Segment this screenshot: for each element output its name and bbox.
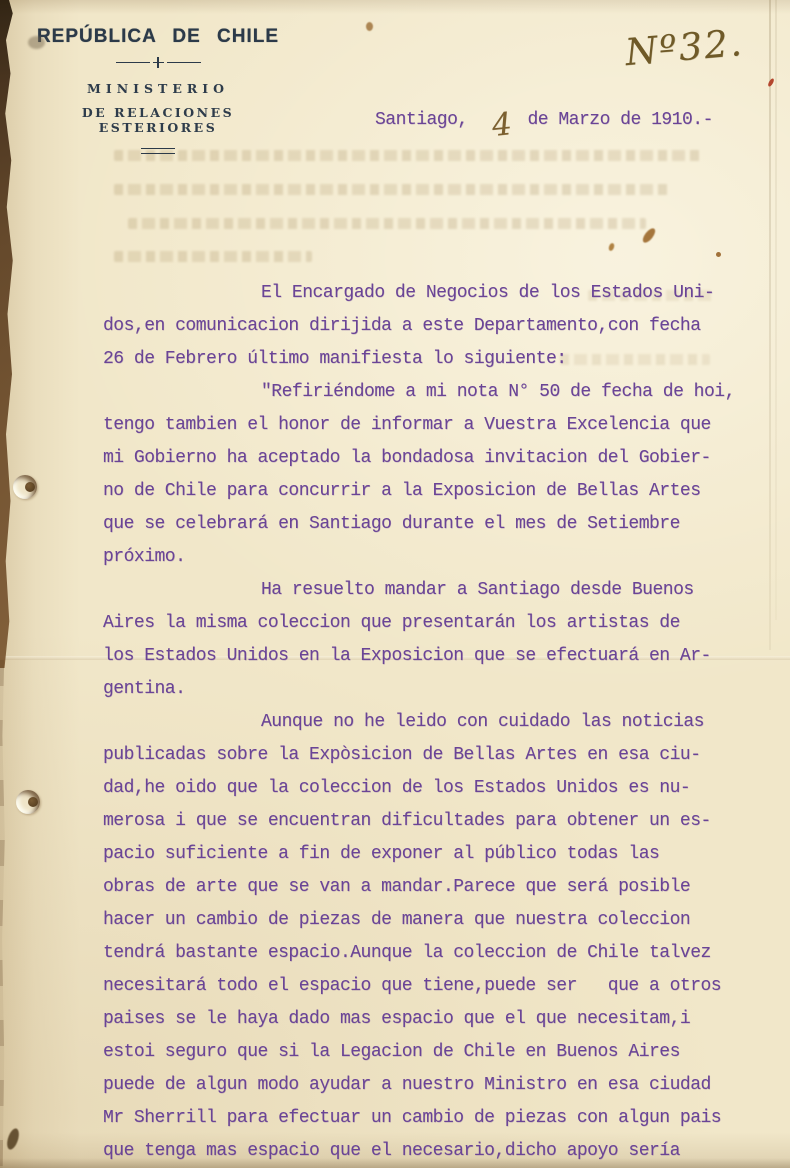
handwritten-day: 4 <box>490 106 513 144</box>
punch-hole <box>13 475 37 499</box>
dateline: Santiago, 4 de Marzo de 1910.- <box>375 110 713 143</box>
punch-hole-shadow <box>28 797 38 807</box>
typed-line: necesitará todo el espacio que tiene,pue… <box>103 970 753 1003</box>
bleedthrough-line <box>114 184 672 195</box>
typed-line: 26 de Febrero último manifiesta lo sigui… <box>103 343 753 376</box>
stain <box>641 226 658 244</box>
fold-line <box>775 0 777 620</box>
letterhead-department: DE RELACIONES ESTERIORES <box>22 105 294 135</box>
stain <box>366 22 373 31</box>
letterhead-divider <box>103 57 213 68</box>
bleedthrough-line <box>114 251 312 262</box>
typed-line: merosa i que se encuentran dificultades … <box>103 805 753 838</box>
torn-edge-lower <box>0 660 6 1168</box>
typed-line: los Estados Unidos en la Exposicion que … <box>103 640 753 673</box>
dateline-rest: de Marzo de 1910.- <box>527 110 712 130</box>
typed-line: Mr Sherrill para efectuar un cambio de p… <box>103 1102 753 1135</box>
stain <box>608 242 615 251</box>
punch-hole <box>16 790 40 814</box>
handwritten-document-number: Nº32. <box>623 21 745 74</box>
typed-line: obras de arte que se van a mandar.Parece… <box>103 871 753 904</box>
torn-edge <box>0 0 15 668</box>
typed-line: Ha resuelto mandar a Santiago desde Buen… <box>103 574 753 607</box>
letterhead-underline <box>141 148 175 154</box>
divider-bar <box>116 62 150 64</box>
typed-line: gentina. <box>103 673 753 706</box>
stain <box>5 1127 21 1151</box>
typed-line: pacio suficiente a fin de exponer al púb… <box>103 838 753 871</box>
letterhead-ministry: MINISTERIO <box>22 81 294 96</box>
letterhead-title: REPÚBLICA DE CHILE <box>22 26 294 48</box>
typed-line: estoi seguro que si la Legacion de Chile… <box>103 1036 753 1069</box>
typed-line: tengo tambien el honor de informar a Vue… <box>103 409 753 442</box>
page-bottom-shadow <box>0 1158 790 1168</box>
typed-line: Aires la misma coleccion que presentarán… <box>103 607 753 640</box>
cross-icon <box>153 57 164 68</box>
typed-line: que se celebrará en Santiago durante el … <box>103 508 753 541</box>
typed-line: próximo. <box>103 541 753 574</box>
document-page: REPÚBLICA DE CHILE MINISTERIO DE RELACIO… <box>0 0 790 1168</box>
stain <box>716 252 721 257</box>
stain <box>28 36 45 49</box>
typed-line: El Encargado de Negocios de los Estados … <box>103 277 753 310</box>
divider-bar <box>167 62 201 64</box>
letterhead: REPÚBLICA DE CHILE MINISTERIO DE RELACIO… <box>22 26 294 154</box>
punch-hole-shadow <box>25 482 35 492</box>
typed-line: mi Gobierno ha aceptado la bondadosa inv… <box>103 442 753 475</box>
body-lines: El Encargado de Negocios de los Estados … <box>103 277 753 1168</box>
typed-line: Aunque no he leido con cuidado las notic… <box>103 706 753 739</box>
typed-line: dos,en comunicacion dirijida a este Depa… <box>103 310 753 343</box>
typed-line: hacer un cambio de piezas de manera que … <box>103 904 753 937</box>
typed-line: publicadas sobre la Expòsicion de Bellas… <box>103 739 753 772</box>
typed-line: paises se le haya dado mas espacio que e… <box>103 1003 753 1036</box>
typed-line: "Refiriéndome a mi nota N° 50 de fecha d… <box>103 376 753 409</box>
typed-line: puede de algun modo ayudar a nuestro Min… <box>103 1069 753 1102</box>
typed-line: tendrá bastante espacio.Aunque la colecc… <box>103 937 753 970</box>
bleedthrough-line <box>128 218 646 229</box>
typed-line: dad,he oido que la coleccion de los Esta… <box>103 772 753 805</box>
dateline-city: Santiago, <box>375 110 468 130</box>
fold-line <box>769 0 771 650</box>
typed-line: no de Chile para concurrir a la Exposici… <box>103 475 753 508</box>
